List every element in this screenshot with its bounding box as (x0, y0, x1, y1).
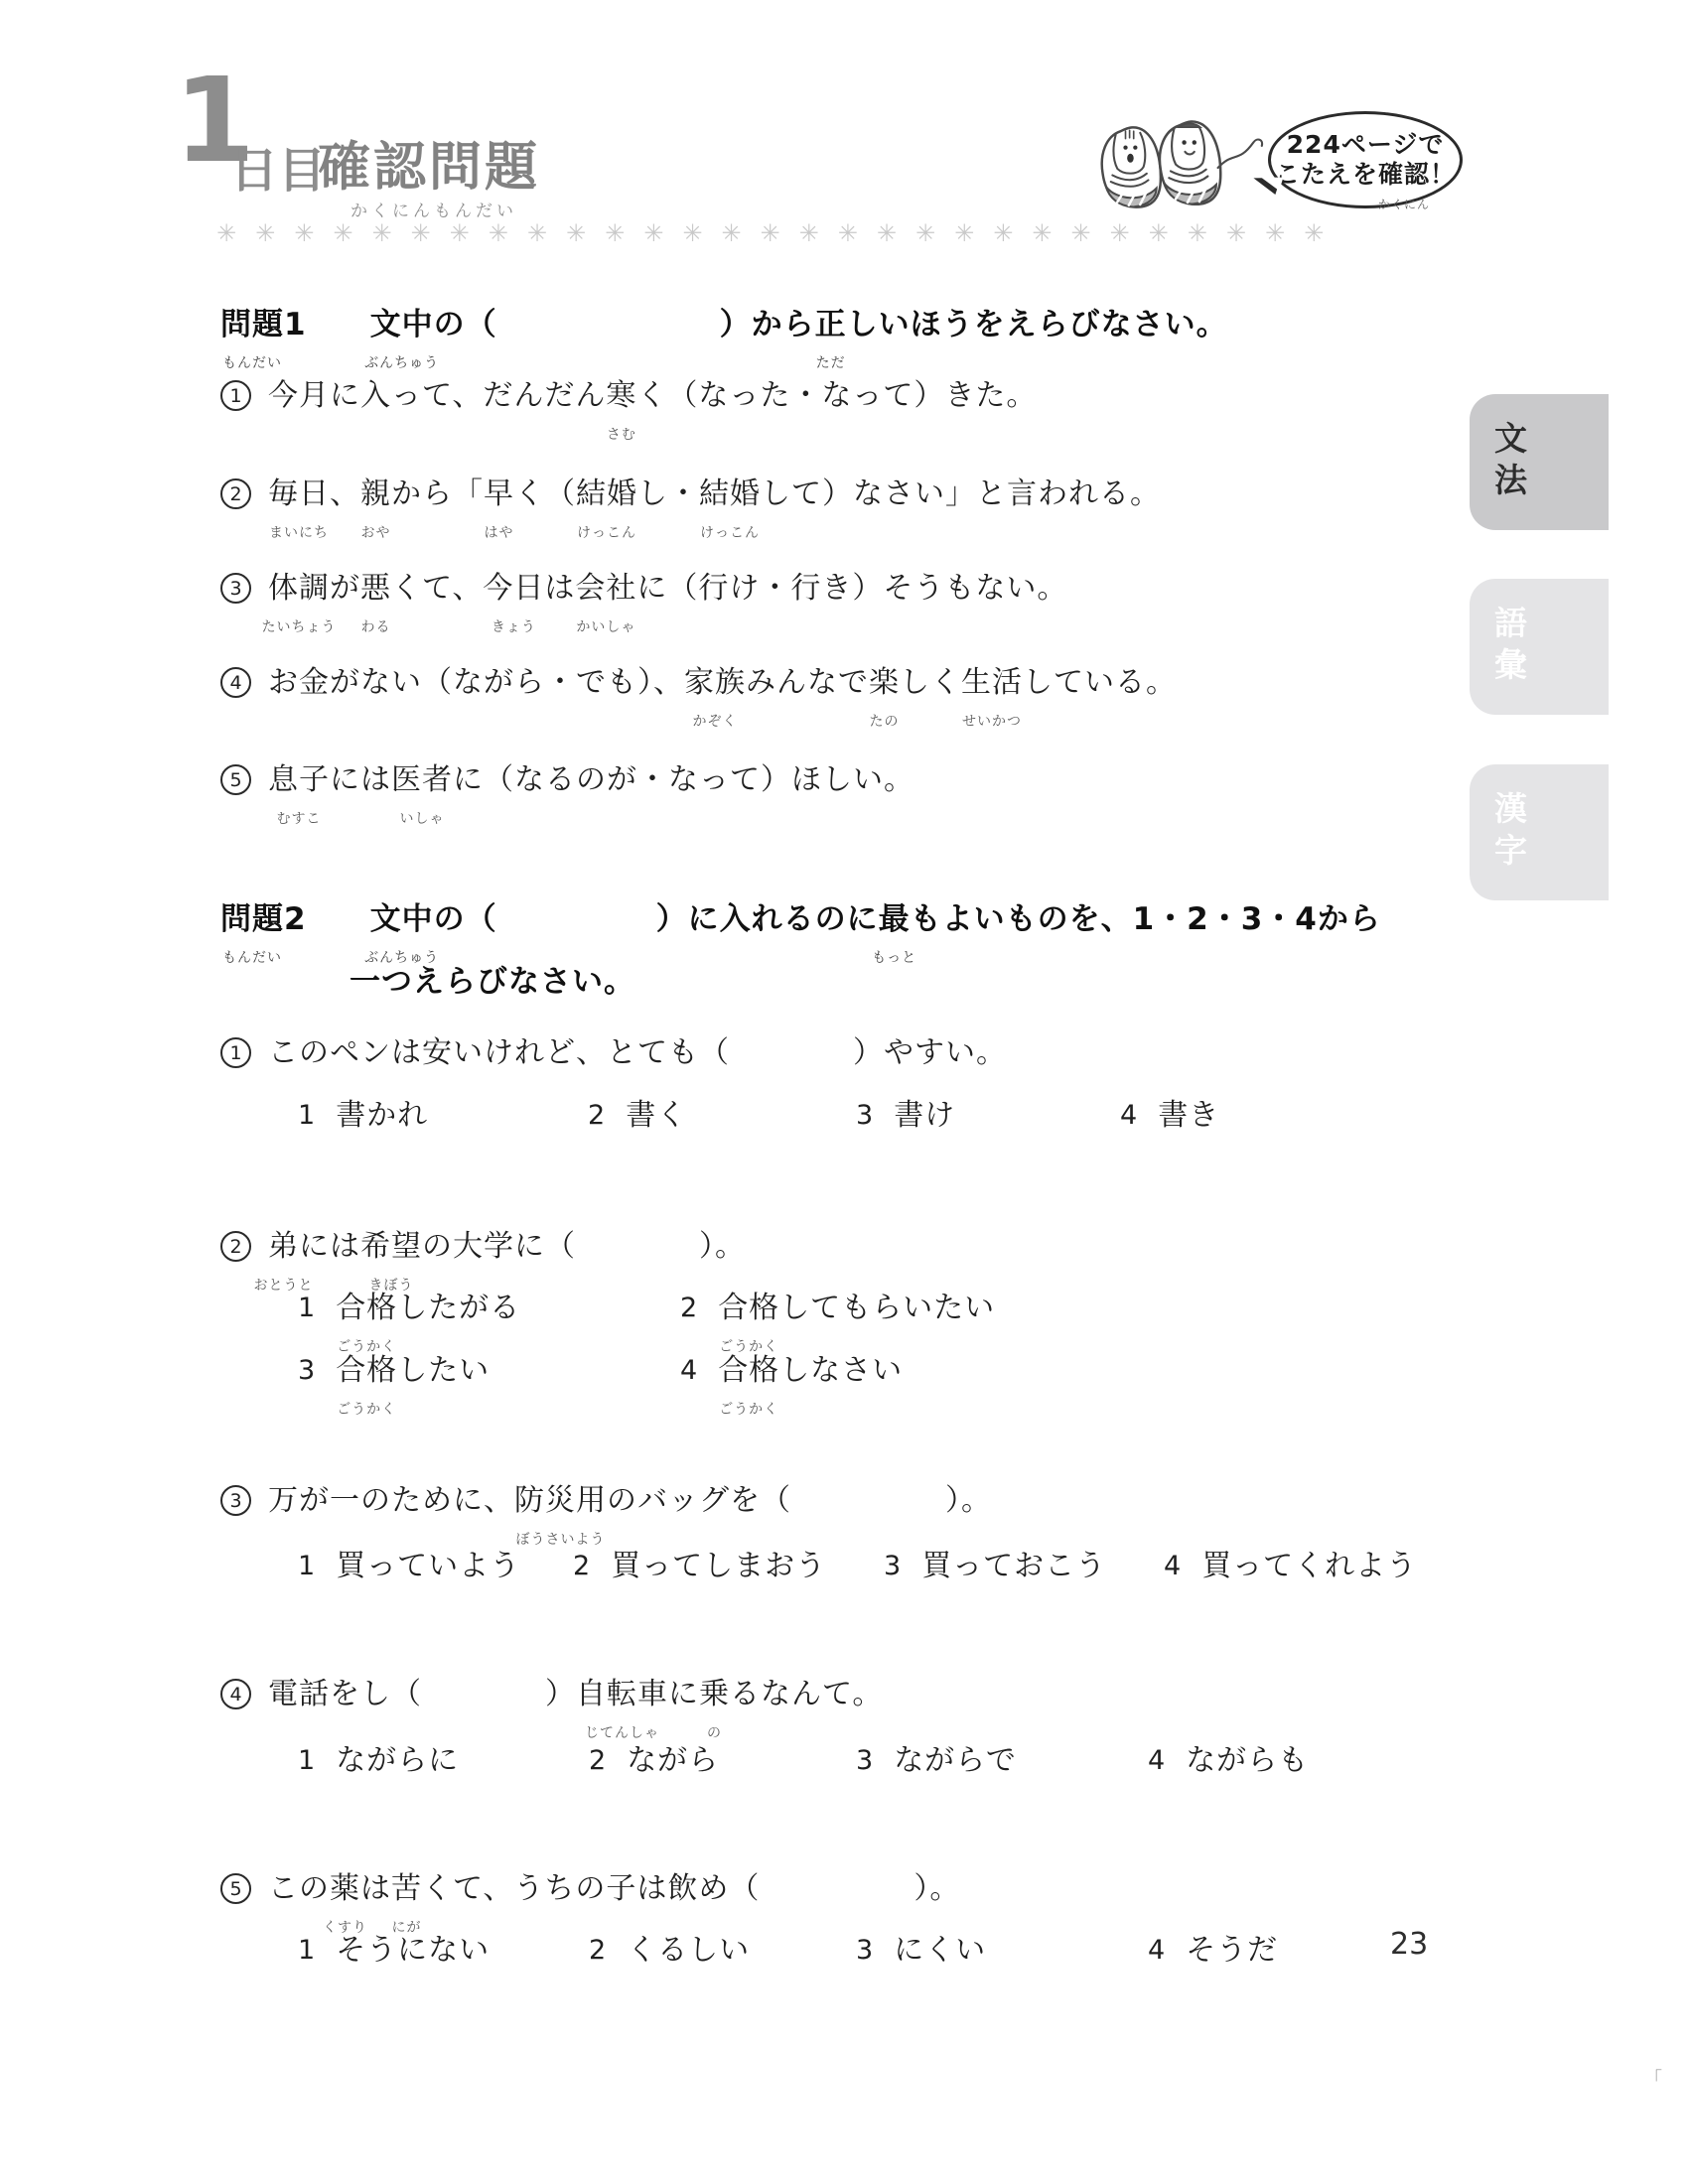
option-1: 1買っていよう (298, 1546, 520, 1587)
mondai1-question-1: 1 今月に入って、だんだん寒さむく（なった・なって）きた。 (220, 375, 1037, 417)
option-number: 1 (298, 1740, 315, 1782)
question-text: お金がない（ながら・でも）、家族かぞくみんなで楽たのしく生活せいかつしている。 (268, 662, 1177, 704)
option-number: 2 (589, 1740, 606, 1782)
question-text: この薬くすりは苦にがくて、うちの子は飲め（ ）。 (268, 1868, 960, 1910)
option-text: にくい (894, 1930, 986, 1972)
page-title: 確認問題 (318, 125, 540, 201)
tab-label: 語彙 (1485, 606, 1532, 689)
option-4: 4合格ごうかくしなさい (680, 1350, 903, 1392)
option-text: 書かれ (336, 1095, 428, 1137)
option-number: 1 (298, 1095, 315, 1137)
mondai2-heading-line1: 問題もんだい2 文中ぶんちゅうの（ ）に入れるのに最もっともよいものを、1・2・… (220, 898, 1381, 940)
bubble-line1: 224ページで (1287, 130, 1445, 160)
option-1: 1書かれ (298, 1095, 428, 1137)
option-4: 4買ってくれよう (1164, 1546, 1417, 1587)
question-number-circle: 3 (220, 573, 251, 604)
option-number: 1 (298, 1930, 315, 1972)
mondai1-question-5: 5 息子むすこには医者いしゃに（なるのが・なって）ほしい。 (220, 759, 914, 801)
tab-label: 漢字 (1485, 791, 1532, 875)
option-3: 3にくい (856, 1930, 986, 1972)
option-1: 1そうにない (298, 1930, 490, 1972)
decorative-divider: ✳✳✳✳✳✳✳✳✳✳✳✳✳✳✳✳✳✳✳✳✳✳✳✳✳✳✳✳✳ (216, 219, 1342, 247)
question-text: 息子むすこには医者いしゃに（なるのが・なって）ほしい。 (268, 759, 914, 801)
question-number-circle: 1 (220, 1037, 251, 1068)
question-number-circle: 2 (220, 1231, 251, 1262)
option-text: ながらに (336, 1740, 459, 1782)
option-2: 2書く (588, 1095, 687, 1137)
option-number: 2 (573, 1546, 590, 1587)
option-number: 1 (298, 1288, 315, 1329)
bubble-line2: こたえを確認かくにん！ (1275, 160, 1456, 190)
sneakers-icon (1092, 117, 1266, 221)
option-number: 4 (1148, 1930, 1165, 1972)
mondai2-question-2: 2 弟 おとうとには希望きぼうの大学に（ ）。 (220, 1226, 746, 1268)
speech-bubble: 224ページで こたえを確認かくにん！ (1268, 111, 1463, 208)
page-number: 23 (1390, 1927, 1428, 1962)
mondai2-question-4: 4 電話をし（ ）自転車じてんしゃに乗のるなんて。 (220, 1674, 883, 1715)
option-text: 買ってくれよう (1201, 1546, 1417, 1587)
day-number-suffix: 日目 (230, 132, 326, 201)
question-text: 弟 おとうとには希望きぼうの大学に（ ）。 (268, 1226, 746, 1268)
option-text: 買ってしまおう (611, 1546, 826, 1587)
page-title-furigana: かくにんもんだい (320, 197, 548, 221)
option-number: 4 (680, 1350, 697, 1392)
option-text: そうだ (1186, 1930, 1278, 1972)
mondai2-question-5: 5 この薬くすりは苦にがくて、うちの子は飲め（ ）。 (220, 1868, 960, 1910)
question-number-circle: 2 (220, 478, 251, 509)
option-number: 2 (680, 1288, 697, 1329)
question-text: このペンは安いけれど、とても（ ）やすい。 (268, 1032, 1007, 1074)
option-4: 4そうだ (1148, 1930, 1278, 1972)
question-text: 万が一のために、防災用ぼうさいようのバッグを（ ）。 (268, 1480, 992, 1522)
option-number: 4 (1148, 1740, 1165, 1782)
option-4: 4書き (1120, 1095, 1219, 1137)
option-4: 4ながらも (1148, 1740, 1309, 1782)
mondai2-question-3: 3 万が一のために、防災用ぼうさいようのバッグを（ ）。 (220, 1480, 992, 1522)
option-1: 1ながらに (298, 1740, 459, 1782)
question-number-circle: 4 (220, 667, 251, 698)
tab-goi: 語彙 (1470, 579, 1609, 715)
option-text: 合格ごうかくしたがる (336, 1288, 520, 1329)
mondai2-question-2-options-row2: 3合格ごうかくしたい 4合格ごうかくしなさい (220, 1350, 1491, 1402)
option-text: くるしい (627, 1930, 750, 1972)
mondai2-question-2-options-row1: 1合格ごうかくしたがる 2合格ごうかくしてもらいたい (220, 1288, 1491, 1339)
option-3: 3合格ごうかくしたい (298, 1350, 490, 1392)
option-text: 書け (894, 1095, 955, 1137)
question-number-circle: 3 (220, 1485, 251, 1516)
option-text: 買っておこう (921, 1546, 1106, 1587)
option-2: 2買ってしまおう (573, 1546, 826, 1587)
option-text: 合格ごうかくしてもらいたい (718, 1288, 995, 1329)
question-text: 電話をし（ ）自転車じてんしゃに乗のるなんて。 (268, 1674, 883, 1715)
option-number: 2 (589, 1930, 606, 1972)
question-number-circle: 1 (220, 380, 251, 411)
question-text: 体調たいちょうが悪わるくて、今日きょうは会社かいしゃに（行け・行き）そうもない。 (268, 568, 1067, 610)
textbook-page: 1 日目 確認問題 かくにんもんだい (0, 0, 1688, 2184)
tab-bunpou: 文法 (1470, 394, 1609, 530)
tab-label: 文法 (1485, 421, 1532, 504)
option-number: 2 (588, 1095, 605, 1137)
option-3: 3買っておこう (884, 1546, 1106, 1587)
corner-mark: 「 (1644, 2065, 1662, 2091)
option-text: 合格ごうかくしなさい (718, 1350, 903, 1392)
option-number: 3 (298, 1350, 315, 1392)
mondai2-heading-line2: 一つえらびなさい。 (350, 961, 635, 1003)
option-text: 書く (626, 1095, 687, 1137)
option-1: 1合格ごうかくしたがる (298, 1288, 520, 1329)
tab-kanji: 漢字 (1470, 764, 1609, 900)
option-text: ながらで (894, 1740, 1017, 1782)
question-number-circle: 5 (220, 1873, 251, 1904)
mondai1-heading: 問題もんだい1 文中ぶんちゅうの（ ）から正ただしいほうをえらびなさい。 (220, 304, 1228, 345)
option-3: 3ながらで (856, 1740, 1017, 1782)
option-number: 3 (856, 1930, 873, 1972)
mondai2-question-4-options: 1ながらに 2ながら 3ながらで 4ながらも (220, 1740, 1491, 1792)
question-text: 今月に入って、だんだん寒さむく（なった・なって）きた。 (268, 375, 1037, 417)
option-3: 3書け (856, 1095, 955, 1137)
mondai2-question-5-options: 1そうにない 2くるしい 3にくい 4そうだ (220, 1930, 1491, 1981)
option-text: 書き (1158, 1095, 1219, 1137)
option-2: 2合格ごうかくしてもらいたい (680, 1288, 995, 1329)
option-number: 3 (884, 1546, 901, 1587)
sneakers-mascot-illustration (1092, 117, 1266, 221)
mondai1-question-3: 3 体調たいちょうが悪わるくて、今日きょうは会社かいしゃに（行け・行き）そうもな… (220, 568, 1067, 610)
option-number: 4 (1120, 1095, 1137, 1137)
mondai2-question-1-options: 1書かれ 2書く 3書け 4書き (220, 1095, 1491, 1147)
question-number-circle: 4 (220, 1679, 251, 1709)
mondai2-question-3-options: 1買っていよう 2買ってしまおう 3買っておこう 4買ってくれよう (220, 1546, 1491, 1597)
mondai1-question-4: 4 お金がない（ながら・でも）、家族かぞくみんなで楽たのしく生活せいかつしている… (220, 662, 1177, 704)
option-number: 3 (856, 1740, 873, 1782)
mondai1-question-2: 2 毎日まいにち、親おやから「早はやく（結婚けっこんし・結婚けっこんして）なさい… (220, 474, 1161, 515)
mondai2-question-1: 1 このペンは安いけれど、とても（ ）やすい。 (220, 1032, 1007, 1074)
option-text: 合格ごうかくしたい (336, 1350, 490, 1392)
question-number-circle: 5 (220, 764, 251, 795)
option-number: 4 (1164, 1546, 1181, 1587)
question-text: 毎日まいにち、親おやから「早はやく（結婚けっこんし・結婚けっこんして）なさい」と… (268, 474, 1161, 515)
option-text: ながら (627, 1740, 719, 1782)
option-text: ながらも (1186, 1740, 1309, 1782)
option-text: そうにない (336, 1930, 490, 1972)
option-number: 1 (298, 1546, 315, 1587)
option-2: 2ながら (589, 1740, 719, 1782)
option-number: 3 (856, 1095, 873, 1137)
option-2: 2くるしい (589, 1930, 750, 1972)
option-text: 買っていよう (336, 1546, 520, 1587)
